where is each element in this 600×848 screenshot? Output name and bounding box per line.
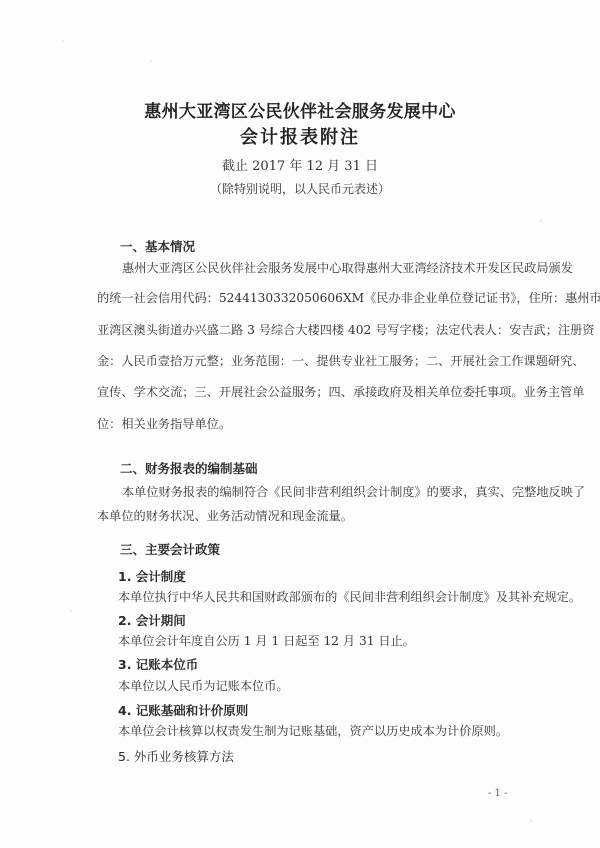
paragraph-line: 亚湾区澳头街道办兴盛二路 3 号综合大楼四楼 402 号写字楼；法定代表人：安吉… <box>97 324 519 336</box>
currency-note: （除特别说明，以人民币元表述） <box>0 183 600 195</box>
paragraph-line: 金：人民币壹拾万元整；业务范围：一、提供专业社工服务；二、开展社会工作课题研究、 <box>97 355 519 367</box>
subsection-text: 本单位会计年度自公历 1 月 1 日起至 12 月 31 日止。 <box>118 635 415 647</box>
paragraph-line: 本单位的财务状况、业务活动情况和现金流量。 <box>97 510 519 522</box>
page-number: - 1 - <box>488 789 507 799</box>
subsection-heading-functional-currency: 3. 记账本位币 <box>118 659 198 672</box>
subsection-heading-accounting-system: 1. 会计制度 <box>118 571 186 584</box>
subsection-heading-accounting-period: 2. 会计期间 <box>118 615 186 628</box>
scan-speck <box>530 820 532 822</box>
section-heading-basis: 二、财务报表的编制基础 <box>120 463 258 476</box>
document-page: 惠州大亚湾区公民伙伴社会服务发展中心 会计报表附注 截止 2017 年 12 月… <box>0 0 600 848</box>
scan-speck <box>62 40 64 42</box>
subsection-text: 本单位执行中华人民共和国财政部颁布的《民间非营利组织会计制度》及其补充规定。 <box>118 591 581 603</box>
scan-speck <box>560 480 562 482</box>
section-heading-basic-info: 一、基本情况 <box>120 241 195 254</box>
subsection-heading-accounting-basis: 4. 记账基础和计价原则 <box>118 705 248 718</box>
scan-speck <box>150 60 152 62</box>
document-title: 惠州大亚湾区公民伙伴社会服务发展中心 <box>0 104 600 121</box>
section-heading-policies: 三、主要会计政策 <box>120 544 220 557</box>
scan-speck <box>70 610 72 612</box>
paragraph-line: 宣传、学术交流；三、开展社会公益服务；四、承接政府及相关单位委托事项。业务主管单 <box>97 386 519 398</box>
paragraph-line: 的统一社会信用代码：5244130332050606XM《民办非企业单位登记证书… <box>97 292 519 304</box>
scan-speck <box>540 220 542 222</box>
subsection-text: 本单位以人民币为记账本位币。 <box>118 680 289 692</box>
subsection-heading-foreign-currency: 5. 外币业务核算方法 <box>118 751 234 764</box>
paragraph-line: 惠州大亚湾区公民伙伴社会服务发展中心取得惠州大亚湾经济技术开发区民政局颁发 <box>122 262 519 274</box>
subsection-text: 本单位会计核算以权责发生制为记账基础，资产以历史成本为计价原则。 <box>118 725 508 737</box>
paragraph-line: 本单位财务报表的编制符合《民间非营利组织会计制度》的要求，真实、完整地反映了 <box>122 486 519 498</box>
date-line: 截止 2017 年 12 月 31 日 <box>0 160 600 173</box>
scan-speck <box>410 256 412 258</box>
paragraph-line: 位：相关业务指导单位。 <box>97 418 519 430</box>
document-subtitle: 会计报表附注 <box>0 129 600 147</box>
